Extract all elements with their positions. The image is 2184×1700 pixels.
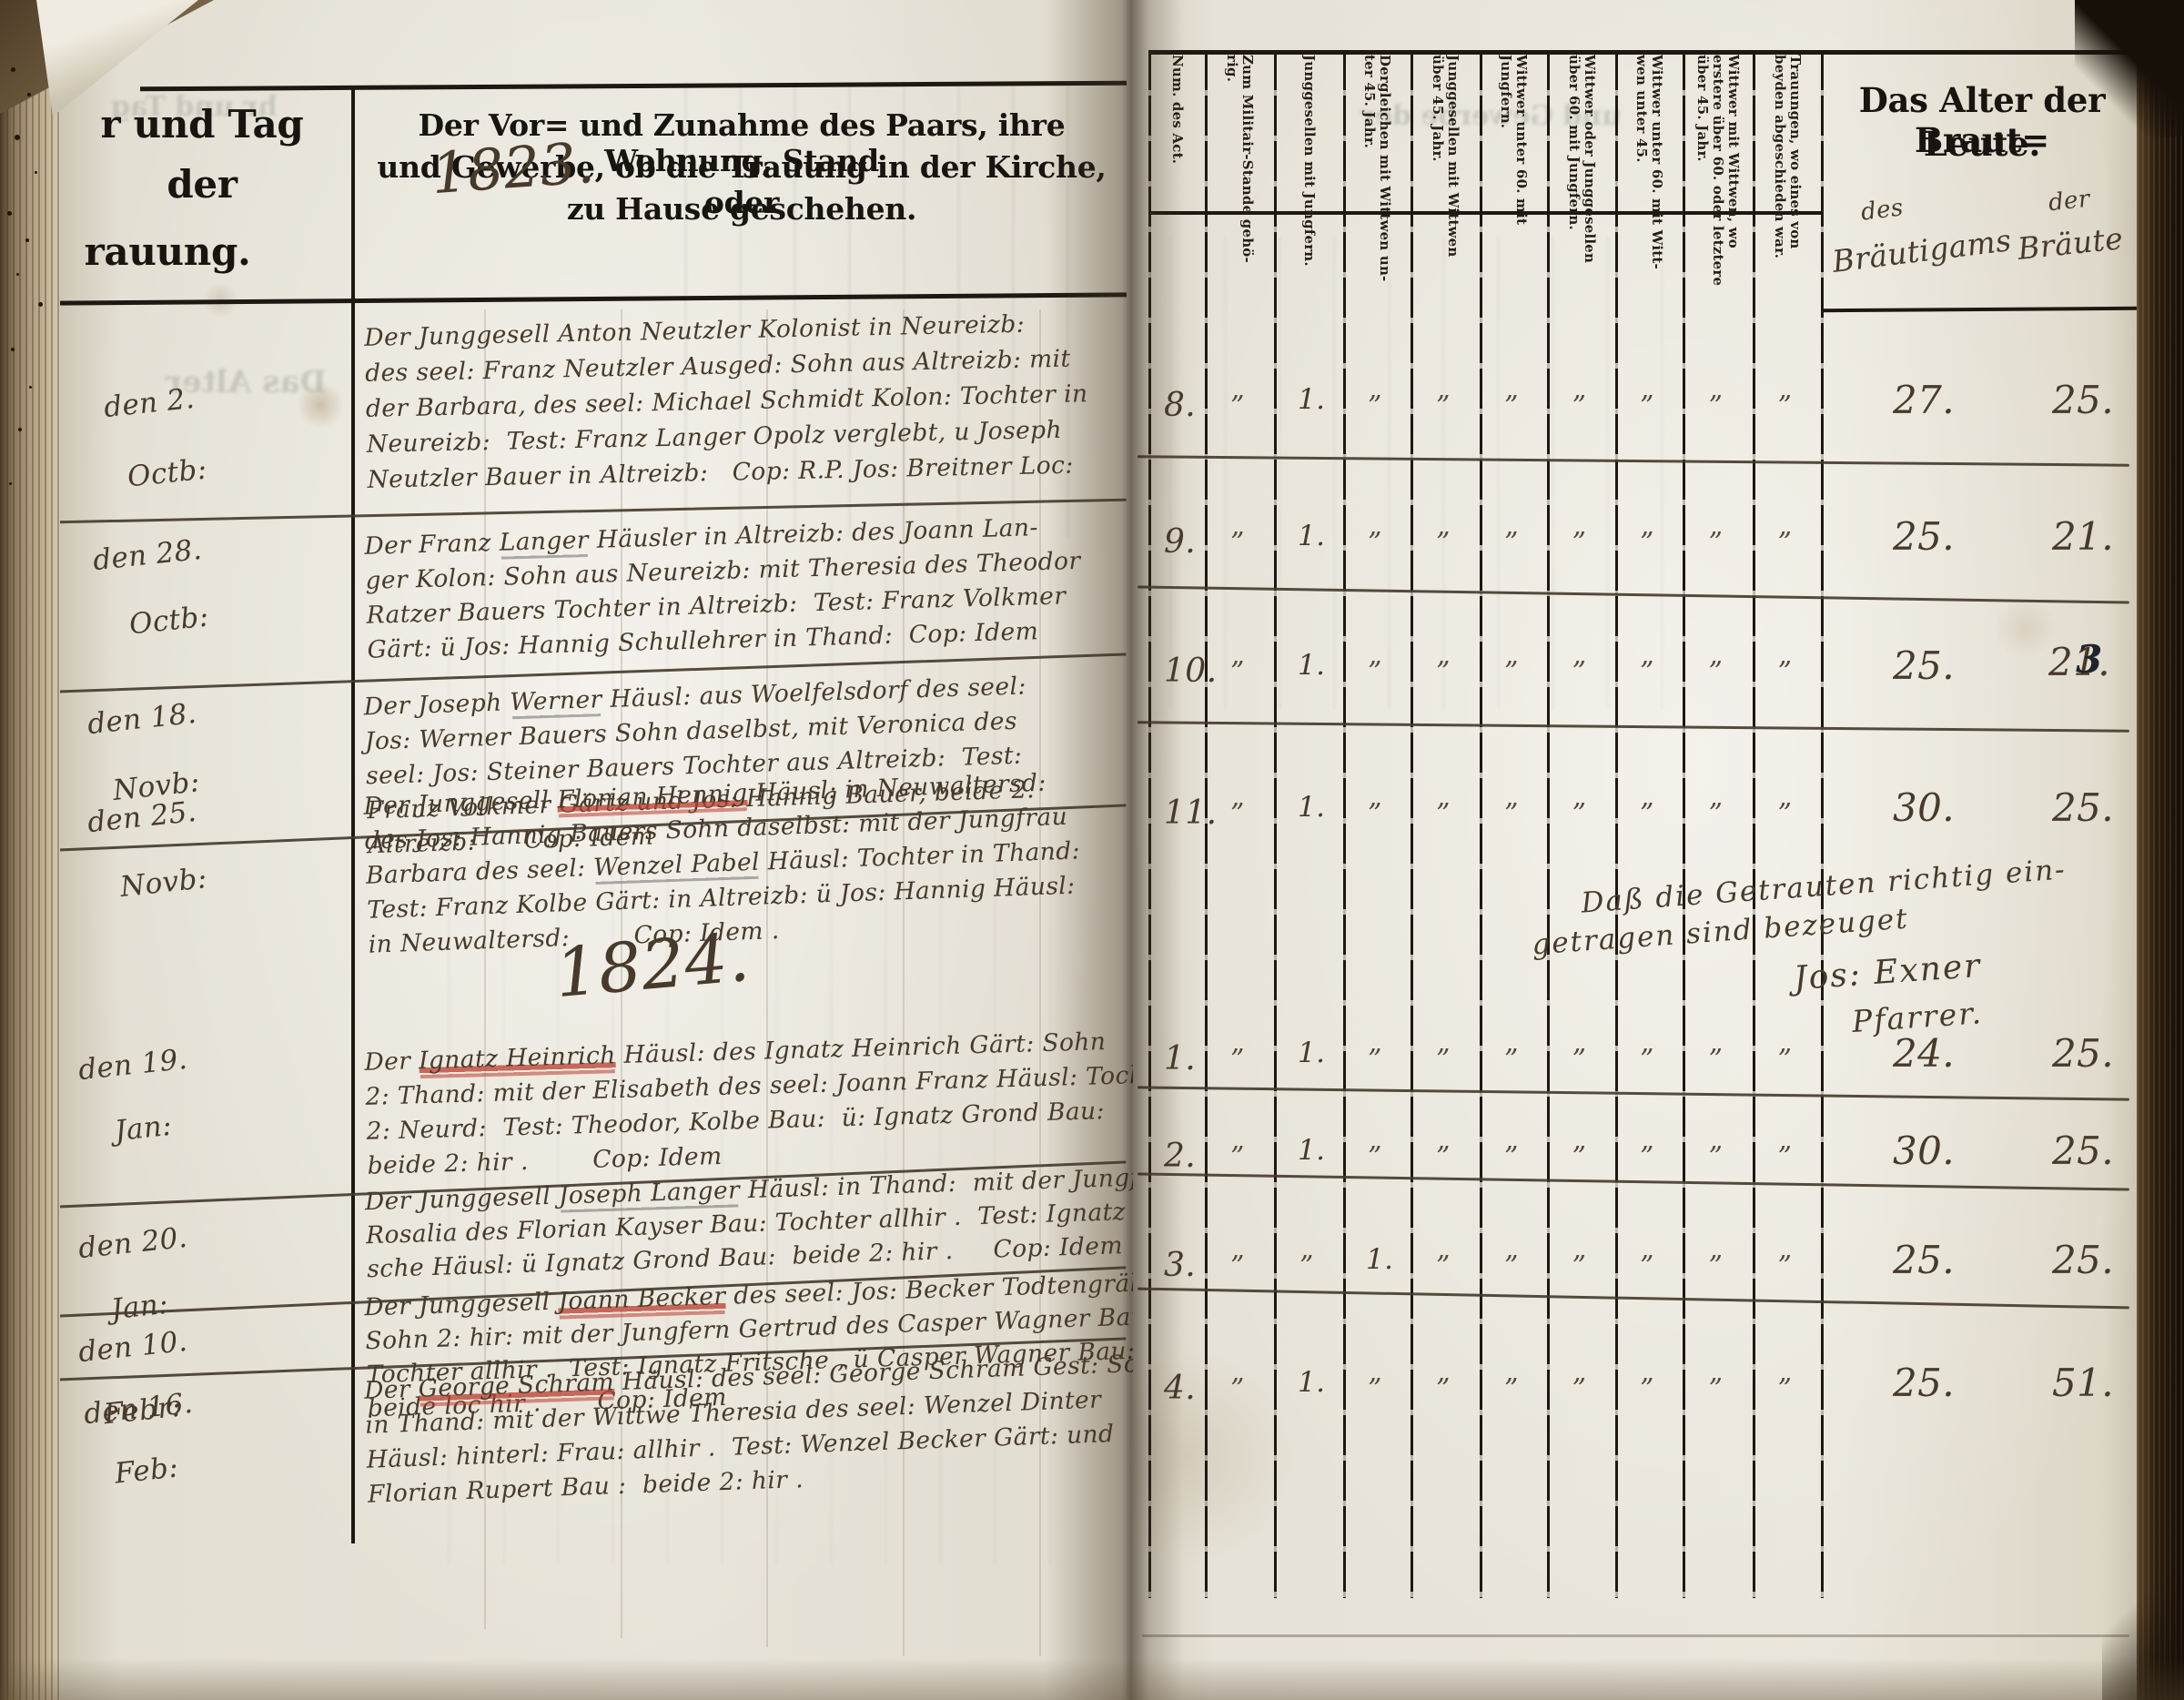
entry-date-month: Jan: xyxy=(113,1109,173,1148)
ditto-mark: ” xyxy=(1504,1044,1519,1076)
column-header-rotated: Wittwer oder Junggesellen über 60. mit J… xyxy=(1566,55,1597,263)
ditto-mark: ” xyxy=(1299,1250,1314,1282)
tally-mark: 1. xyxy=(1298,649,1325,682)
ditto-mark: ” xyxy=(1504,390,1519,422)
ditto-mark: ” xyxy=(1230,1373,1245,1405)
book-gutter xyxy=(1046,0,1183,1700)
page-left: Das Alter hr und Tag r und Tag der rauun… xyxy=(56,0,1127,1700)
ditto-mark: ” xyxy=(1368,527,1382,559)
ink-speck xyxy=(11,348,15,351)
entry-date: den 10. xyxy=(76,1325,188,1369)
ditto-mark: ” xyxy=(1572,1141,1587,1173)
ditto-mark: ” xyxy=(1778,1141,1793,1173)
ditto-mark: ” xyxy=(1504,1141,1519,1173)
ink-speck xyxy=(16,273,19,276)
age-sub-groom: Bräutigams xyxy=(1830,222,2013,279)
column-header-rotated: Trauungen, wo eines von beyden abgeschie… xyxy=(1772,55,1803,258)
note-title: Pfarrer. xyxy=(1851,995,1984,1039)
age-groom: 25. xyxy=(1893,643,1955,688)
ditto-mark: ” xyxy=(1504,1250,1519,1282)
ditto-mark: ” xyxy=(1504,1373,1519,1405)
entry-date-month: Octb: xyxy=(127,601,210,642)
ditto-mark: ” xyxy=(1436,1250,1451,1282)
age-sub-bride-pre: der xyxy=(2047,186,2092,218)
ditto-mark: ” xyxy=(1230,1044,1245,1076)
ditto-mark: ” xyxy=(1709,1044,1724,1076)
page-block-edge-left xyxy=(0,0,60,1700)
header-date-col-line3: rauung. xyxy=(31,229,304,274)
ditto-mark: ” xyxy=(1436,1141,1451,1173)
column-header-rotated: Wittwer unter 60. mit Witt- wen unter 45… xyxy=(1633,55,1664,269)
row-separator-line xyxy=(1137,721,2129,733)
ditto-mark: ” xyxy=(1368,390,1382,422)
ditto-mark: ” xyxy=(1368,1373,1382,1405)
ditto-mark: ” xyxy=(1572,656,1587,688)
age-bride: 25. xyxy=(2052,378,2114,422)
ditto-mark: ” xyxy=(1230,1250,1245,1282)
ink-speck xyxy=(18,428,22,431)
ditto-mark: ” xyxy=(1230,527,1245,559)
page-right: und Gewerbe der Num. des Act.Zum Militai… xyxy=(1133,0,2143,1700)
column-rule xyxy=(1615,50,1618,1598)
register-entry: Der Junggesell Anton Neutzler Kolonist i… xyxy=(364,308,1137,501)
tally-mark: 1. xyxy=(1298,791,1325,824)
row-separator-line xyxy=(1137,1086,2129,1100)
ditto-mark: ” xyxy=(1436,390,1451,422)
ditto-mark: ” xyxy=(1709,527,1724,559)
register-entry: Der Ignatz Heinrich Häusl: des Ignatz He… xyxy=(364,1027,1137,1187)
entry-date: den 16. xyxy=(82,1387,194,1431)
ditto-mark: ” xyxy=(1709,656,1724,688)
column-rule xyxy=(1821,50,1824,1598)
ink-speck xyxy=(25,238,29,242)
bottom-shadow xyxy=(0,1658,2184,1700)
printed-column-rule xyxy=(351,87,355,1543)
ink-speck xyxy=(27,93,31,96)
ink-speck xyxy=(11,67,15,72)
row-separator-line xyxy=(1137,1172,2129,1190)
ditto-mark: ” xyxy=(1778,656,1793,688)
year-1823: 1823. xyxy=(430,129,597,207)
ditto-mark: ” xyxy=(1778,1250,1793,1282)
ditto-mark: ” xyxy=(1640,798,1654,830)
ditto-mark: ” xyxy=(1640,527,1654,559)
entry-date: den 19. xyxy=(76,1043,188,1087)
ditto-mark: ” xyxy=(1778,798,1793,830)
faint-rule xyxy=(1142,1634,2129,1637)
ditto-mark: ” xyxy=(1504,527,1519,559)
entry-date-month: Novb: xyxy=(118,862,208,904)
ditto-mark: ” xyxy=(1436,656,1451,688)
ditto-mark: ” xyxy=(1572,798,1587,830)
tally-mark: 1. xyxy=(1298,1134,1325,1167)
ditto-mark: ” xyxy=(1436,1044,1451,1076)
age-bride-overwritten: 213. xyxy=(2048,640,2110,684)
row-separator-line xyxy=(1137,1288,2129,1310)
register-entry: Der George Schram Häusl: des seel: Georg… xyxy=(364,1350,1138,1514)
ditto-mark: ” xyxy=(1709,1141,1724,1173)
ditto-mark: ” xyxy=(1368,1141,1382,1173)
ink-speck xyxy=(15,135,20,140)
age-sub-groom-pre: des xyxy=(1859,194,1905,226)
ditto-mark: ” xyxy=(1572,1250,1587,1282)
book-edge-right xyxy=(2137,0,2184,1700)
entry-date-month: Octb: xyxy=(126,453,208,494)
column-header-rotated: Junggesellen mit Wittwen über 45. Jahr. xyxy=(1430,55,1461,258)
register-entry: Der Franz Langer Häusler in Altreizb: de… xyxy=(364,511,1137,671)
tally-mark: 1. xyxy=(1298,1366,1325,1399)
tally-mark: 1. xyxy=(1298,383,1325,416)
entry-date: den 28. xyxy=(91,533,203,577)
register-book-spread: Das Alter hr und Tag r und Tag der rauun… xyxy=(0,0,2184,1700)
column-rule xyxy=(1547,50,1550,1598)
ink-speck xyxy=(7,211,12,216)
age-groom: 24. xyxy=(1893,1031,1955,1076)
age-bride: 51. xyxy=(2052,1361,2114,1405)
age-bride: 25. xyxy=(2052,1238,2114,1282)
bleed-through xyxy=(1169,237,1679,710)
cover-corner-top-right xyxy=(2075,0,2184,137)
age-groom: 25. xyxy=(1893,1361,1955,1405)
ink-speck xyxy=(29,386,32,389)
ditto-mark: ” xyxy=(1368,1044,1382,1076)
age-groom: 25. xyxy=(1893,514,1955,559)
ditto-mark: ” xyxy=(1230,656,1245,688)
header-date-col-line1: r und Tag xyxy=(66,102,339,147)
column-header-rotated: Wittwer unter 60. mit Jungfern. xyxy=(1498,55,1529,225)
ditto-mark: ” xyxy=(1640,390,1654,422)
header-date-col-line2: der xyxy=(66,162,339,207)
age-bride: 25. xyxy=(2052,1128,2114,1173)
ink-speck xyxy=(9,482,12,485)
ditto-mark: ” xyxy=(1572,1044,1587,1076)
ditto-mark: ” xyxy=(1778,1044,1793,1076)
column-header-rotated: Wittwer mit Wittwen, wo erstere über 60.… xyxy=(1694,55,1741,286)
ditto-mark: ” xyxy=(1778,527,1793,559)
column-rule xyxy=(1753,50,1755,1598)
ditto-mark: ” xyxy=(1504,798,1519,830)
ditto-mark: ” xyxy=(1436,527,1451,559)
ditto-mark: ” xyxy=(1709,1373,1724,1405)
ditto-mark: ” xyxy=(1640,1141,1654,1173)
ditto-mark: ” xyxy=(1230,1141,1245,1173)
column-header-rotated: Junggesellen mit Jungfern. xyxy=(1301,55,1317,267)
ditto-mark: ” xyxy=(1572,1373,1587,1405)
ditto-mark: ” xyxy=(1368,798,1382,830)
age-groom: 25. xyxy=(1893,1238,1955,1282)
ditto-mark: ” xyxy=(1778,1373,1793,1405)
entry-date: den 18. xyxy=(86,697,197,741)
ditto-mark: ” xyxy=(1709,1250,1724,1282)
register-entry: Der Junggesell Florian Hennig Häusl: in … xyxy=(363,765,1138,965)
age-groom: 30. xyxy=(1893,1128,1955,1173)
ditto-mark: ” xyxy=(1778,390,1793,422)
age-groom: 27. xyxy=(1893,378,1955,422)
tally-mark: 1. xyxy=(1298,520,1325,552)
entry-date-month: Jan: xyxy=(109,1288,169,1326)
ditto-mark: ” xyxy=(1709,390,1724,422)
age-header-rule xyxy=(1821,307,2138,312)
ditto-mark: ” xyxy=(1572,527,1587,559)
entry-date-month: Feb: xyxy=(113,1451,179,1490)
column-rule xyxy=(1683,50,1685,1598)
age-sub-bride: Bräute xyxy=(2016,220,2125,267)
tally-mark: 1. xyxy=(1298,1037,1325,1069)
entry-date: den 25. xyxy=(86,795,197,839)
ditto-mark: ” xyxy=(1230,798,1245,830)
ditto-mark: ” xyxy=(1436,1373,1451,1405)
ink-speck xyxy=(35,171,37,174)
age-groom: 30. xyxy=(1893,785,1955,830)
ink-speck xyxy=(38,302,43,307)
ditto-mark: ” xyxy=(1230,390,1245,422)
column-header-rotated: Dergleichen mit Wittwen un- ter 45. Jahr… xyxy=(1361,55,1392,281)
ditto-mark: ” xyxy=(1504,656,1519,688)
tally-mark: 1. xyxy=(1366,1243,1393,1276)
ditto-mark: ” xyxy=(1436,798,1451,830)
ditto-mark: ” xyxy=(1640,1373,1654,1405)
age-bride: 25. xyxy=(2052,785,2114,830)
age-bride: 25. xyxy=(2052,1031,2114,1076)
column-header-rotated: Zum Militair-Stande gehö- rig. xyxy=(1224,55,1255,263)
ditto-mark: ” xyxy=(1640,1250,1654,1282)
column-rule xyxy=(1480,50,1482,1598)
ditto-mark: ” xyxy=(1640,1044,1654,1076)
ditto-mark: ” xyxy=(1368,656,1382,688)
age-bride: 21. xyxy=(2052,514,2114,559)
column-rule xyxy=(1410,50,1413,1598)
entry-date: den 2. xyxy=(102,382,196,424)
entry-date: den 20. xyxy=(76,1221,188,1265)
ditto-mark: ” xyxy=(1709,798,1724,830)
ditto-mark: ” xyxy=(1572,390,1587,422)
column-rule xyxy=(1274,50,1277,1598)
column-rule xyxy=(1343,50,1346,1598)
ditto-mark: ” xyxy=(1640,656,1654,688)
